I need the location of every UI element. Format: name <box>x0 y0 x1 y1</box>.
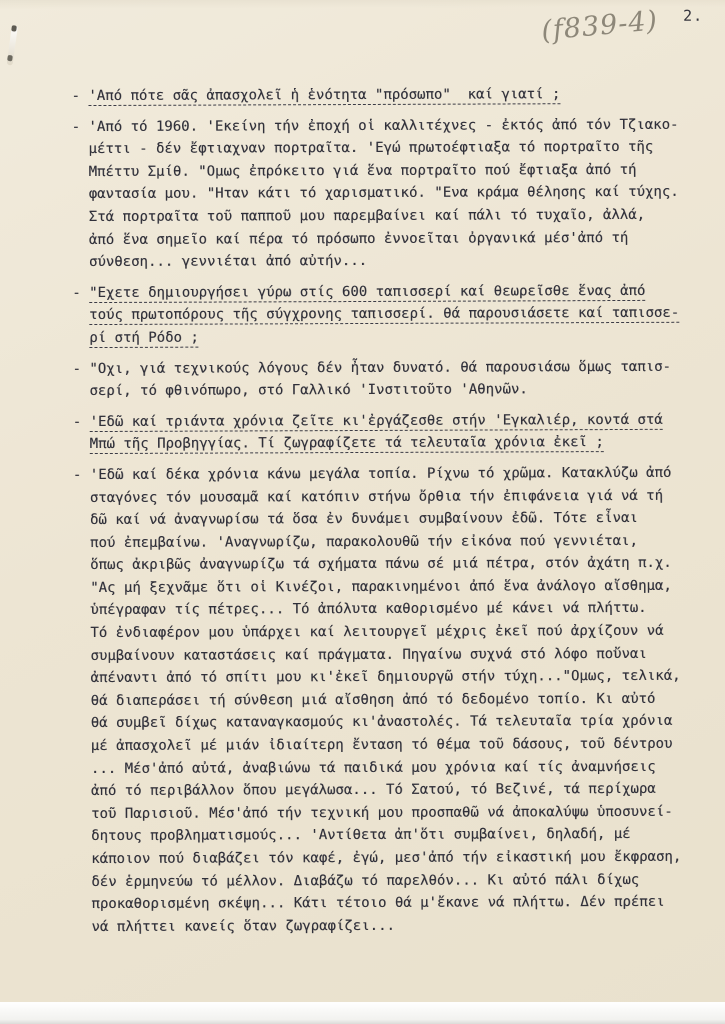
line-text: μέ ἀπασχολεῖ μέ μιάν ἰδιαίτερη ἔνταση τό… <box>91 736 673 754</box>
hanging-indent <box>75 919 92 935</box>
line-text: δέν ἑρμηνεύω τό μέλλον. Διαβάζω τό παρελ… <box>91 872 639 890</box>
text-line: σταγόνες τόν μουσαμᾶ καί κατόπιν στήνω ὄ… <box>73 484 713 509</box>
line-text: κάποιον πού διαβάζει τόν καφέ, ἐγώ, μεσ'… <box>91 849 681 867</box>
line-text: ὅπως ἀκριβῶς ἀναγνωρίζω τά σχήματα πάνω … <box>90 555 672 573</box>
line-text: θά διαπεράσει τή σύνθεση μιά αἴσθηση ἀπό… <box>91 691 656 709</box>
line-text: ἀπέναντι ἀπό τό σπίτι μου κι'ἐκεῖ δημιου… <box>91 668 681 686</box>
paragraph-dash: - <box>71 88 88 104</box>
paragraph-dash: - <box>73 467 90 483</box>
text-line: Τό ἐνδιαφέρον μου ὑπάρχει καί λειτουργεῖ… <box>73 620 713 645</box>
hanging-indent <box>73 383 90 399</box>
hanging-indent <box>73 557 90 573</box>
line-text: μέττι - δέν ἔφτιαχναν πορτραῖτα. 'Εγώ πρ… <box>88 139 653 157</box>
interview-question: - 'Από πότε σᾶς ἀπασχολεῖ ἡ ἑνότητα "πρό… <box>71 83 711 108</box>
text-line: τοῦ Παρισιοῦ. Μέσ'ἀπό τήν τεχνική μου πρ… <box>74 800 714 825</box>
hanging-indent <box>72 307 89 323</box>
text-line: ὅπως ἀκριβῶς ἀναγνωρίζω τά σχήματα πάνω … <box>73 552 713 577</box>
hanging-indent <box>72 232 89 248</box>
line-text: "Οχι, γιά τεχνικούς λόγους δέν ἦταν δυνα… <box>89 358 671 376</box>
line-text: θά συμβεῖ δίχως καταναγκασμούς κι'ἀναστο… <box>91 713 673 731</box>
hanging-indent <box>72 254 89 270</box>
interview-question: - 'Εδῶ καί τριάντα χρόνια ζεῖτε κι'ἐργάζ… <box>73 408 713 456</box>
line-text: φαντασία μου. "Ηταν κάτι τό χαρισματικό.… <box>89 184 679 202</box>
hanging-indent <box>74 738 91 754</box>
scan-edge <box>0 1002 725 1024</box>
text-line: θά συμβεῖ δίχως καταναγκασμούς κι'ἀναστο… <box>74 710 714 735</box>
text-line: δητους προβληματισμούς... 'Αντίθετα ἀπ'ὅ… <box>74 823 714 848</box>
interview-answer: - "Οχι, γιά τεχνικούς λόγους δέν ἦταν δυ… <box>72 355 712 403</box>
text-line: κάποιον πού διαβάζει τόν καφέ, ἐγώ, μεσ'… <box>74 846 714 871</box>
text-line: πού ἐπεμβαίνω. 'Αναγνωρίζω, παρακολουθῶ … <box>73 529 713 554</box>
hanging-indent <box>74 670 91 686</box>
text-line: Μπώ τῆς Προβηγγίας. Τί ζωγραφίζετε τά τε… <box>73 431 713 456</box>
hanging-indent <box>72 330 89 346</box>
text-line: τούς πρωτοπόρους τῆς σύγχρονης ταπισσερί… <box>72 302 712 327</box>
line-text: Μπέττυ Σμίθ. "Ομως ἐπρόκειτο γιά ἕνα πορ… <box>89 162 637 180</box>
hanging-indent <box>75 896 92 912</box>
hanging-indent <box>72 164 89 180</box>
line-text: προκαθορισμένη σκέψη... Κάτι τέτοιο θά μ… <box>91 894 664 912</box>
handwritten-annotation: (f839-4) <box>540 2 692 47</box>
text-line: δέν ἑρμηνεύω τό μέλλον. Διαβάζω τό παρελ… <box>74 868 714 893</box>
hanging-indent <box>73 490 90 506</box>
line-text: πού ἐπεμβαίνω. 'Αναγνωρίζω, παρακολουθῶ … <box>90 533 638 551</box>
staple-mark <box>7 25 18 65</box>
line-text: ἀπό ἕνα σημεῖο καί πέρα τό πρόσωπο ἐννοε… <box>89 230 628 248</box>
text-line: ἀπό ἕνα σημεῖο καί πέρα τό πρόσωπο ἐννοε… <box>72 226 712 251</box>
line-text: ἀπό τό περιβάλλον ὅπου μεγάλωσα... Τό Σα… <box>91 781 656 799</box>
hanging-indent <box>74 783 91 799</box>
hanging-indent <box>73 625 90 641</box>
text-line: - 'Εδῶ καί τριάντα χρόνια ζεῖτε κι'ἐργάζ… <box>73 408 713 433</box>
line-text: δητους προβληματισμούς... 'Αντίθετα ἀπ'ὅ… <box>91 826 630 844</box>
line-text: ... Μέσ'ἀπό αὐτά, ἀναβιώνω τά παιδικά μο… <box>91 759 656 777</box>
hanging-indent <box>74 851 91 867</box>
hanging-indent <box>73 512 90 528</box>
hanging-indent <box>73 603 90 619</box>
line-text: "Ας μή ξεχνᾶμε ὅτι οἱ Κινέζοι, παρακινημ… <box>90 578 672 596</box>
text-line: - 'Από τό 1960. 'Εκείνη τήν ἐποχή οἱ καλ… <box>72 113 712 138</box>
line-text: Στά πορτραῖτα τοῦ παπποῦ μου παρεμβαίνει… <box>89 207 645 225</box>
line-text: Τό ἐνδιαφέρον μου ὑπάρχει καί λειτουργεῖ… <box>90 623 663 641</box>
scanned-page: (f839-4) 2. - 'Από πότε σᾶς ἀπασχολεῖ ἡ … <box>0 0 725 1011</box>
text-line: σερί, τό φθινόπωρο, στό Γαλλικό 'Ινστιτο… <box>73 378 713 403</box>
hanging-indent <box>72 209 89 225</box>
paragraph-dash: - <box>72 119 89 135</box>
hanging-indent <box>73 436 90 452</box>
text-line: ἀπέναντι ἀπό τό σπίτι μου κι'ἐκεῖ δημιου… <box>74 665 714 690</box>
text-line: ἀπό τό περιβάλλον ὅπου μεγάλωσα... Τό Σα… <box>74 778 714 803</box>
hanging-indent <box>74 761 91 777</box>
text-line: - "Εχετε δημιουργήσει γύρω στίς 600 ταπι… <box>72 279 712 304</box>
text-line: - 'Εδῶ καί δέκα χρόνια κάνω μεγάλα τοπία… <box>73 462 713 487</box>
text-line: προκαθορισμένη σκέψη... Κάτι τέτοιο θά μ… <box>75 891 715 916</box>
line-text: σερί, τό φθινόπωρο, στό Γαλλικό 'Ινστιτο… <box>89 381 527 399</box>
document-body: - 'Από πότε σᾶς ἀπασχολεῖ ἡ ἑνότητα "πρό… <box>71 83 714 947</box>
hanging-indent <box>72 186 89 202</box>
line-text: ρί στή Ρόδο ; <box>89 330 199 348</box>
text-line: σύνθεση... γεννιέται ἀπό αὐτήν... <box>72 249 712 274</box>
text-line: - "Οχι, γιά τεχνικούς λόγους δέν ἦταν δυ… <box>72 355 712 380</box>
line-text: Μπώ τῆς Προβηγγίας. Τί ζωγραφίζετε τά τε… <box>90 434 604 454</box>
line-text: "Εχετε δημιουργήσει γύρω στίς 600 ταπισσ… <box>89 283 645 303</box>
line-text: σύνθεση... γεννιέται ἀπό αὐτήν... <box>89 253 367 270</box>
line-text: 'Από πότε σᾶς ἀπασχολεῖ ἡ ἑνότητα "πρόσω… <box>88 86 560 106</box>
interview-question: - "Εχετε δημιουργήσει γύρω στίς 600 ταπι… <box>72 279 712 349</box>
line-text: συμβαίνουν καταστάσεις καί πράγματα. Πηγ… <box>90 646 646 664</box>
text-line: μέ ἀπασχολεῖ μέ μιάν ἰδιαίτερη ἔνταση τό… <box>74 733 714 758</box>
hanging-indent <box>72 141 89 157</box>
hanging-indent <box>74 715 91 731</box>
line-text: 'Εδῶ καί δέκα χρόνια κάνω μεγάλα τοπία. … <box>90 465 672 483</box>
line-text: 'Από τό 1960. 'Εκείνη τήν ἐποχή οἱ καλλι… <box>88 116 678 134</box>
line-text: 'Εδῶ καί τριάντα χρόνια ζεῖτε κι'ἐργάζεσ… <box>90 412 663 432</box>
text-line: ρί στή Ρόδο ; <box>72 325 712 350</box>
line-text: τοῦ Παρισιοῦ. Μέσ'ἀπό τήν τεχνική μου πρ… <box>91 804 673 822</box>
text-line: θά διαπεράσει τή σύνθεση μιά αἴσθηση ἀπό… <box>74 687 714 712</box>
text-line: ... Μέσ'ἀπό αὐτά, ἀναβιώνω τά παιδικά μο… <box>74 755 714 780</box>
hanging-indent <box>74 828 91 844</box>
hanging-indent <box>73 580 90 596</box>
text-line: νά πλήττει κανείς ὅταν ζωγραφίζει... <box>75 913 715 938</box>
text-line: συμβαίνουν καταστάσεις καί πράγματα. Πηγ… <box>74 642 714 667</box>
paragraph-dash: - <box>72 361 89 377</box>
text-line: Μπέττυ Σμίθ. "Ομως ἐπρόκειτο γιά ἕνα πορ… <box>72 158 712 183</box>
interview-answer: - 'Εδῶ καί δέκα χρόνια κάνω μεγάλα τοπία… <box>73 462 715 939</box>
hanging-indent <box>74 693 91 709</box>
line-text: δῶ καί νά ἀναγνωρίσω τά ὅσα ἐν δυνάμει σ… <box>90 510 638 528</box>
text-line: ὑπέγραφαν τίς πέτρες... Τό ἀπόλυτα καθορ… <box>73 597 713 622</box>
page-number: 2. <box>683 7 703 25</box>
text-line: μέττι - δέν ἔφτιαχναν πορτραῖτα. 'Εγώ πρ… <box>72 136 712 161</box>
hanging-indent <box>74 806 91 822</box>
line-text: ὑπέγραφαν τίς πέτρες... Τό ἀπόλυτα καθορ… <box>90 600 646 618</box>
text-line: - 'Από πότε σᾶς ἀπασχολεῖ ἡ ἑνότητα "πρό… <box>71 83 711 108</box>
text-line: Στά πορτραῖτα τοῦ παπποῦ μου παρεμβαίνει… <box>72 204 712 229</box>
hanging-indent <box>74 648 91 664</box>
line-text: νά πλήττει κανείς ὅταν ζωγραφίζει... <box>91 918 394 935</box>
interview-answer: - 'Από τό 1960. 'Εκείνη τήν ἐποχή οἱ καλ… <box>72 113 713 274</box>
line-text: σταγόνες τόν μουσαμᾶ καί κατόπιν στήνω ὄ… <box>90 487 663 505</box>
line-text: τούς πρωτοπόρους τῆς σύγχρονης ταπισσερί… <box>89 305 679 325</box>
hanging-indent <box>73 535 90 551</box>
text-line: δῶ καί νά ἀναγνωρίσω τά ὅσα ἐν δυνάμει σ… <box>73 507 713 532</box>
paragraph-dash: - <box>72 285 89 301</box>
text-line: "Ας μή ξεχνᾶμε ὅτι οἱ Κινέζοι, παρακινημ… <box>73 575 713 600</box>
hanging-indent <box>74 874 91 890</box>
paragraph-dash: - <box>73 414 90 430</box>
text-line: φαντασία μου. "Ηταν κάτι τό χαρισματικό.… <box>72 181 712 206</box>
